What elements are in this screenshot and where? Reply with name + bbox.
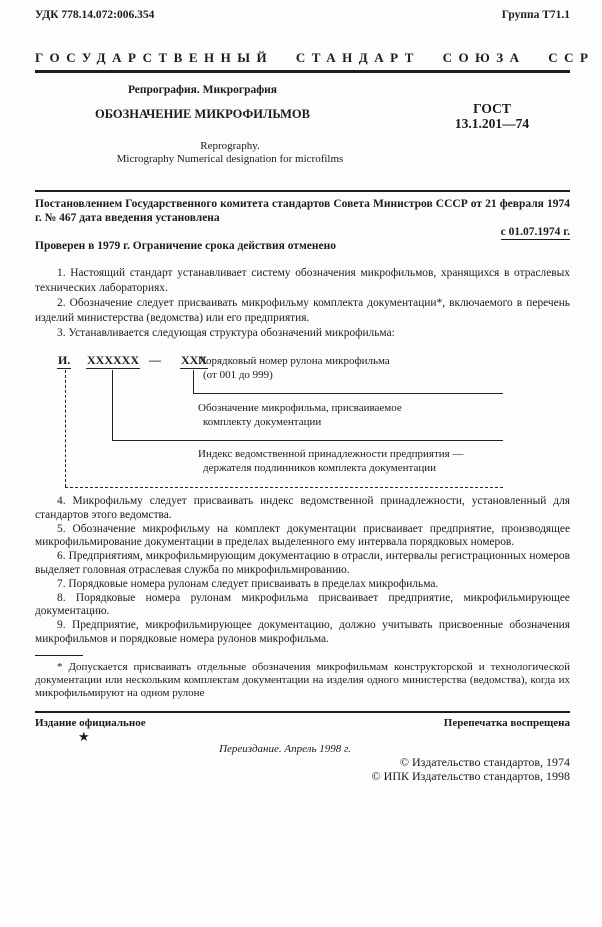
gost-document-page: УДК 778.14.072:006.354 Группа Т71.1 ГОСУ…: [0, 0, 602, 927]
udk-group-row: УДК 778.14.072:006.354 Группа Т71.1: [35, 9, 570, 21]
header-rule: [35, 190, 570, 192]
callout-department-index: Индекс ведомственной принадлежности пред…: [198, 447, 558, 475]
english-title-block: Reprography. Micrography Numerical desig…: [35, 140, 425, 166]
separator-dash: —: [149, 354, 161, 367]
connector-line-roll-horizontal: [193, 393, 503, 394]
footer-row: Издание официальное Перепечатка воспреще…: [35, 717, 570, 729]
index-part: И.: [57, 354, 71, 369]
copyright-1974: © Издательство стандартов, 1974: [372, 755, 570, 769]
clauses-main: 4. Микрофильму следует присваивать индек…: [35, 495, 570, 647]
designation-part: XXXXXX: [86, 354, 140, 369]
gost-label: ГОСТ: [432, 101, 552, 116]
group-code: Группа Т71.1: [502, 9, 570, 21]
clause-paragraph: 2. Обозначение следует присваивать микро…: [35, 296, 570, 326]
connector-line-index-horizontal: [65, 487, 503, 488]
footnote-rule: [35, 655, 83, 656]
subject-ru: Репрография. Микрография: [35, 84, 370, 96]
connector-line-index-vertical: [65, 370, 66, 487]
reprint-forbidden-label: Перепечатка воспрещена: [444, 717, 570, 729]
title-en: Micrography Numerical designation for mi…: [35, 153, 425, 166]
clause-paragraph: 7. Порядковые номера рулонам следует при…: [35, 578, 570, 592]
footer-rule: [35, 711, 570, 713]
connector-line-roll-vertical: [193, 370, 194, 393]
subject-en: Reprography.: [35, 140, 425, 153]
title-rule: [35, 70, 570, 73]
designation-structure-diagram: И. XXXXXX — XXX Порядковый номер рулона …: [35, 352, 570, 492]
document-title-ru: ОБОЗНАЧЕНИЕ МИКРОФИЛЬМОВ: [35, 107, 370, 122]
clause-paragraph: 6. Предприятиям, микрофильмирующим докум…: [35, 550, 570, 578]
clause-paragraph: 4. Микрофильму следует присваивать индек…: [35, 495, 570, 523]
footnote-text: * Допускается присваивать отдельные обоз…: [35, 661, 570, 700]
clause-paragraph: 5. Обозначение микрофильму на комплект д…: [35, 523, 570, 551]
clause-paragraph: 3. Устанавливается следующая структура о…: [35, 326, 570, 341]
official-edition-label: Издание официальное: [35, 717, 146, 729]
connector-line-designation-horizontal: [112, 440, 503, 441]
clause-paragraph: 9. Предприятие, микрофильмирующее докуме…: [35, 619, 570, 647]
copyright-1998: © ИПК Издательство стандартов, 1998: [372, 769, 570, 783]
gost-number: 13.1.201—74: [432, 116, 552, 131]
gost-designation: ГОСТ 13.1.201—74: [432, 101, 552, 131]
callout-roll-number: Порядковый номер рулона микрофильма (от …: [198, 354, 558, 382]
state-standard-title: ГОСУДАРСТВЕННЫЙ СТАНДАРТ СОЮЗА ССР: [35, 50, 570, 66]
callout-microfilm-designation: Обозначение микрофильма, присваиваемое к…: [198, 401, 558, 429]
udk-code: УДК 778.14.072:006.354: [35, 9, 154, 21]
reissue-note: Переиздание. Апрель 1998 г.: [35, 743, 535, 755]
decree-paragraph: Постановлением Государственного комитета…: [35, 197, 570, 225]
checked-note: Проверен в 1979 г. Ограничение срока дей…: [35, 240, 570, 252]
connector-line-designation-vertical: [112, 370, 113, 440]
clauses-intro: 1. Настоящий стандарт устанавливает сист…: [35, 266, 570, 341]
clause-paragraph: 1. Настоящий стандарт устанавливает сист…: [35, 266, 570, 296]
copyright-block: © Издательство стандартов, 1974 © ИПК Из…: [372, 755, 570, 783]
clause-paragraph: 8. Порядковые номера рулонам микрофильма…: [35, 592, 570, 620]
effective-date: с 01.07.1974 г.: [501, 226, 570, 238]
